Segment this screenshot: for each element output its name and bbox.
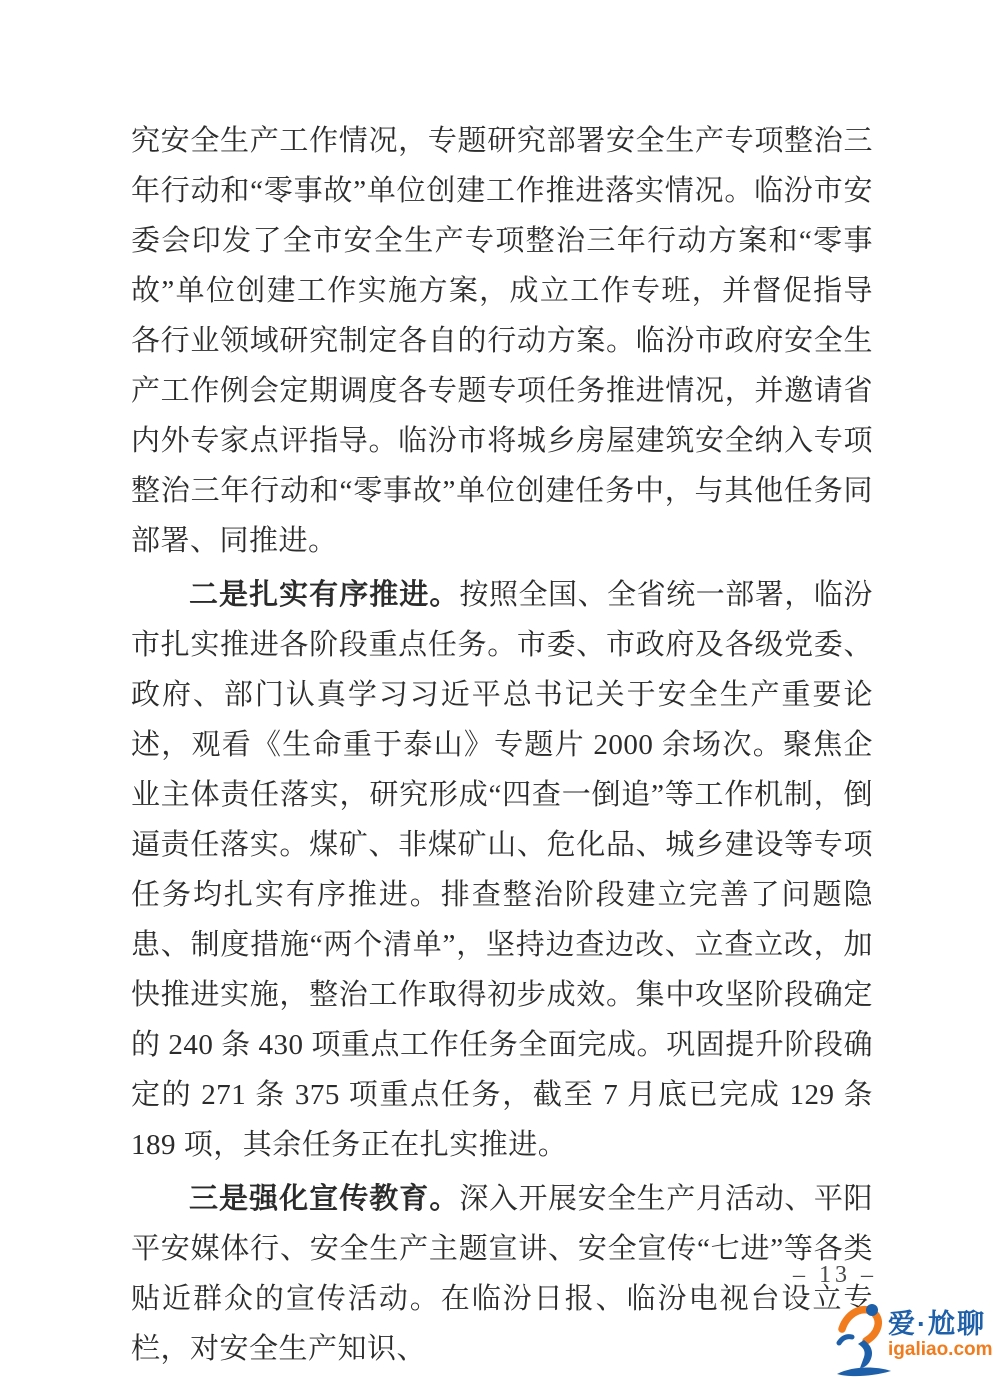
document-page: 究安全生产工作情况，专题研究部署安全生产专项整治三年行动和“零事故”单位创建工作… xyxy=(0,0,1000,1382)
page-number: – 13 – xyxy=(790,1262,880,1289)
paragraph-lead: 二是扎实有序推进。 xyxy=(189,579,459,611)
paragraph-lead: 三是强化宣传教育。 xyxy=(189,1183,459,1215)
paragraph-text: 按照全国、全省统一部署，临汾市扎实推进各阶段重点任务。市委、市政府及各级党委、政… xyxy=(131,579,873,1161)
paragraph-text: 究安全生产工作情况，专题研究部署安全生产专项整治三年行动和“零事故”单位创建工作… xyxy=(131,125,873,557)
paragraph: 二是扎实有序推进。按照全国、全省统一部署，临汾市扎实推进各阶段重点任务。市委、市… xyxy=(131,570,873,1170)
brand-name: 爱·尬聊 xyxy=(888,1310,993,1339)
running-figure-icon xyxy=(836,1302,892,1378)
brand-url: igaliao.com xyxy=(888,1339,993,1360)
logo-text: 爱·尬聊 igaliao.com xyxy=(888,1310,993,1360)
paragraph: 三是强化宣传教育。深入开展安全生产月活动、平阳平安媒体行、安全生产主题宣讲、安全… xyxy=(131,1174,873,1374)
site-watermark-logo: 爱·尬聊 igaliao.com xyxy=(836,1296,1000,1380)
document-body: 究安全生产工作情况，专题研究部署安全生产专项整治三年行动和“零事故”单位创建工作… xyxy=(131,116,873,1374)
paragraph: 究安全生产工作情况，专题研究部署安全生产专项整治三年行动和“零事故”单位创建工作… xyxy=(131,116,873,566)
